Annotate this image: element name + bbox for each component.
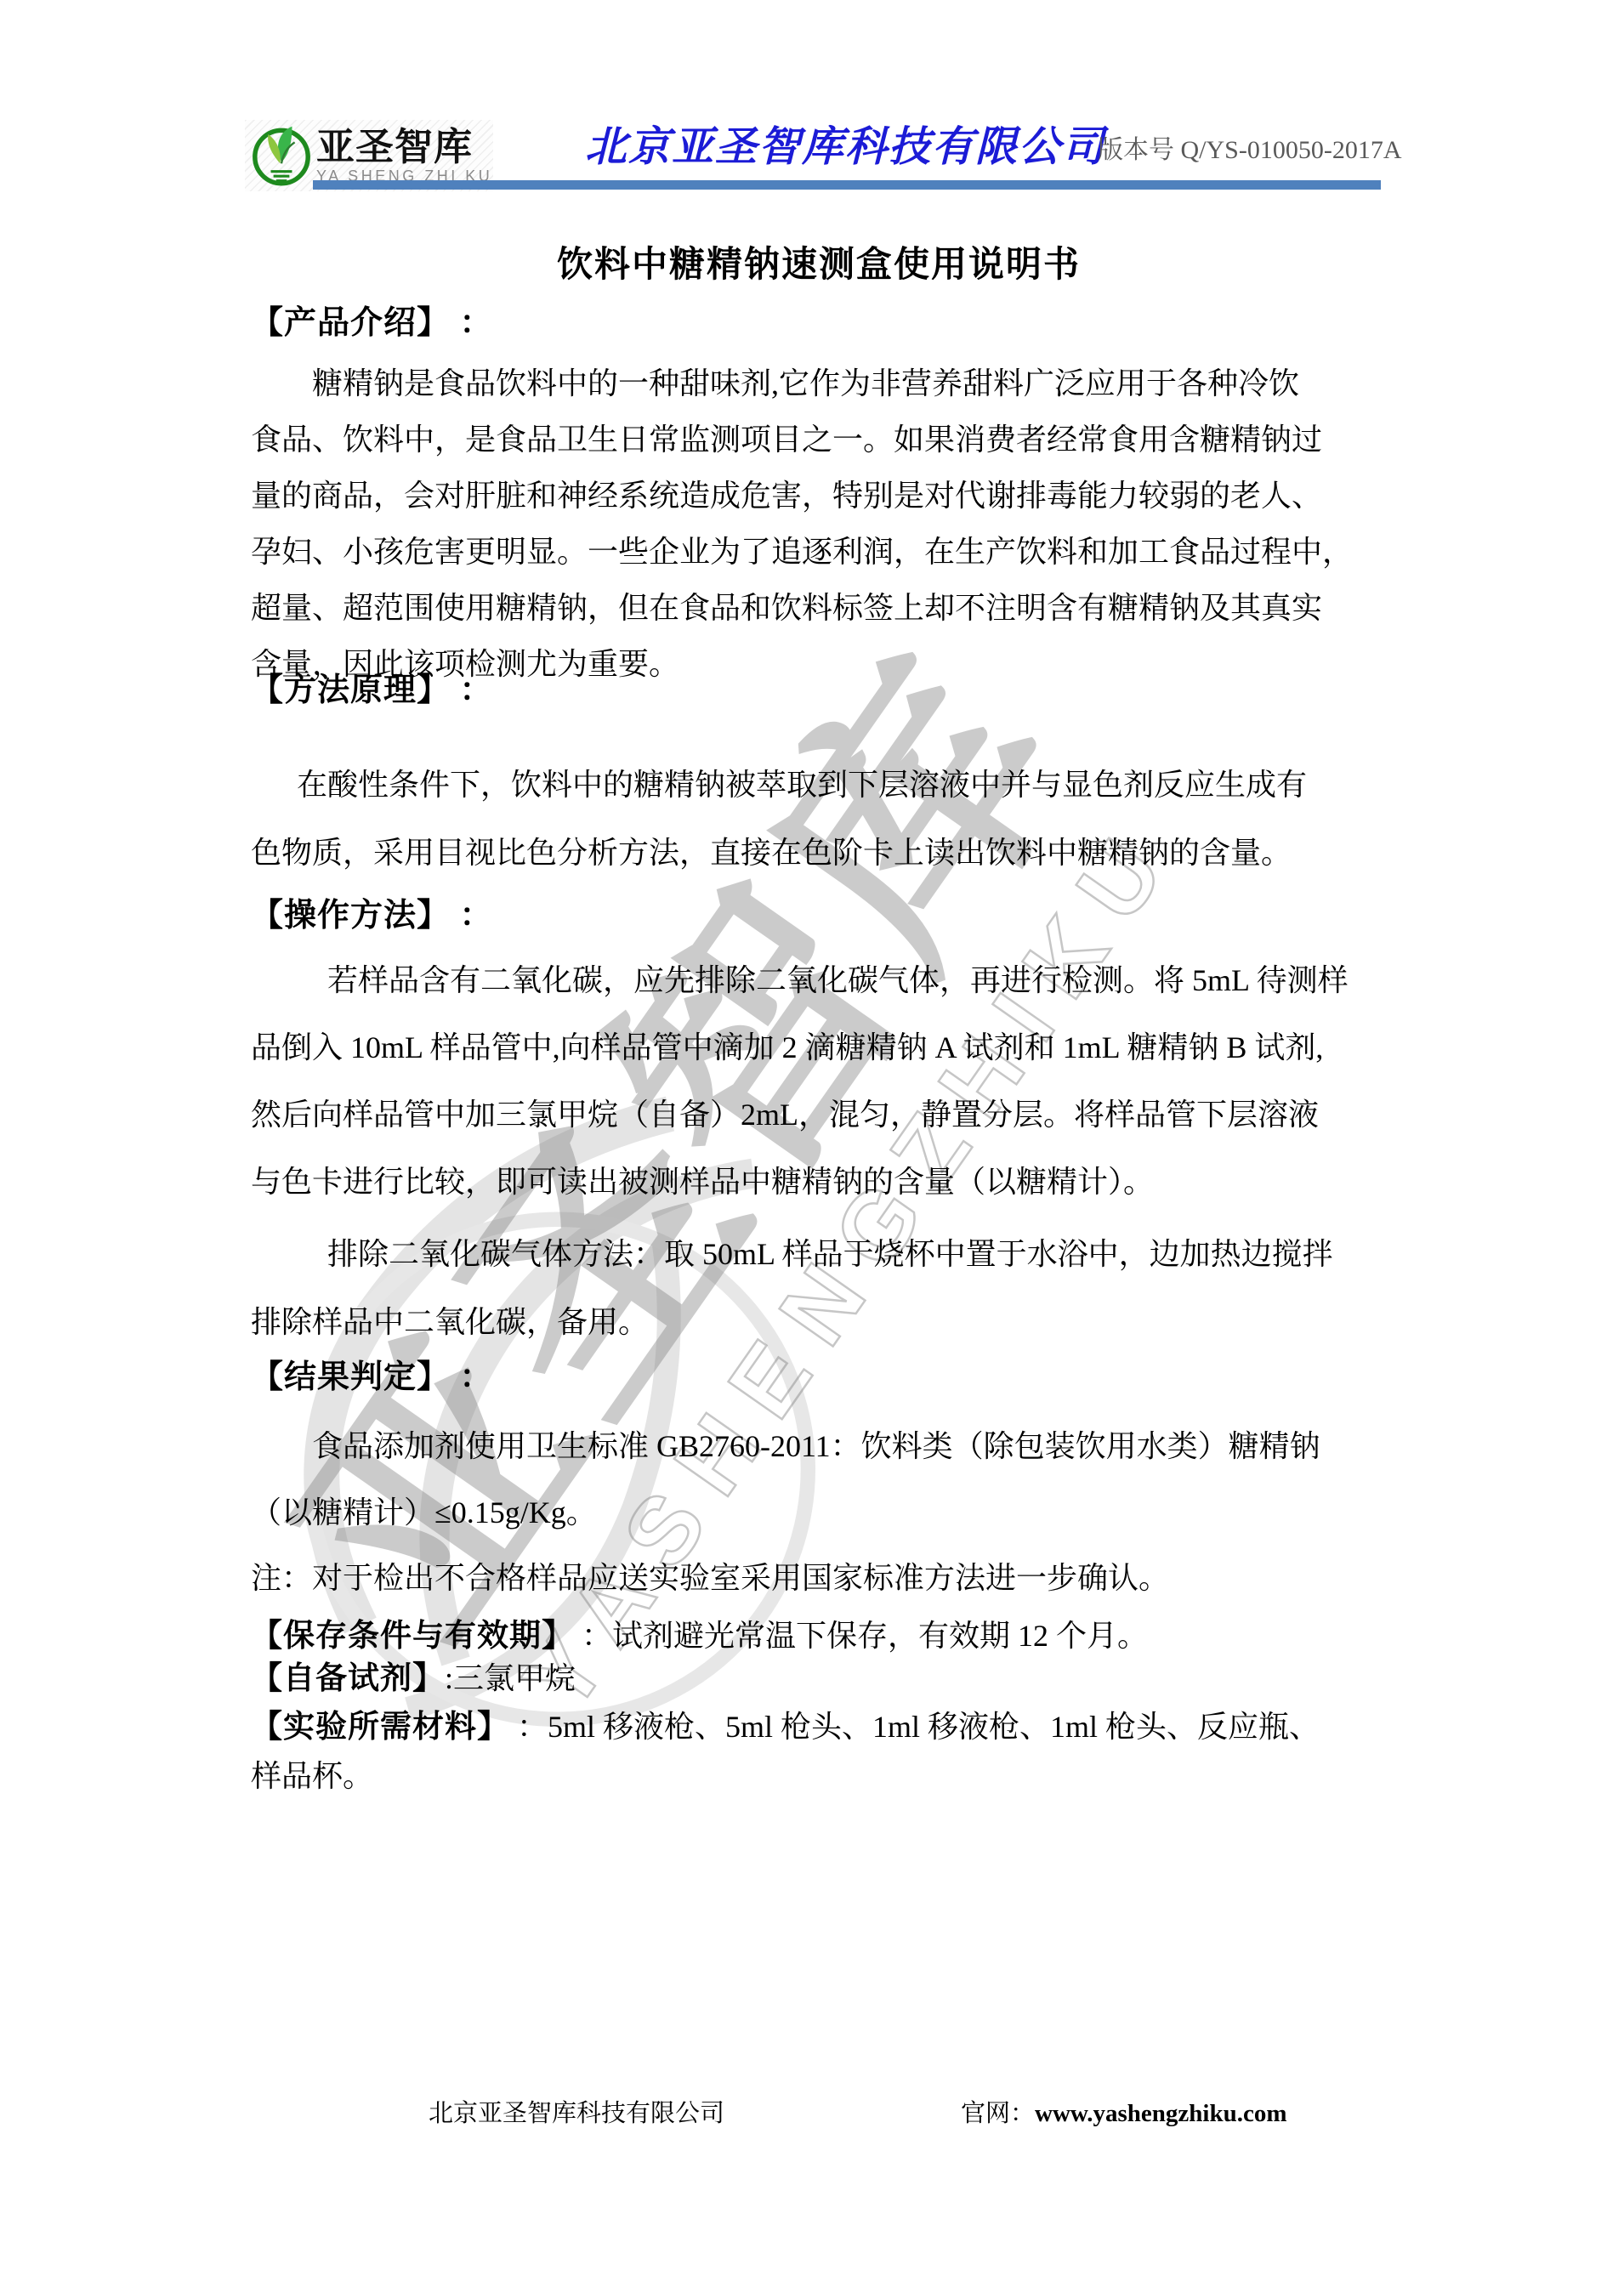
section-heading-principle: 【方法原理】 ： <box>251 673 1387 709</box>
self-reagent-line: 【自备试剂】:三氯甲烷 <box>251 1652 1387 1698</box>
footer-website: 官网：www.yashengzhiku.com <box>961 2094 1287 2129</box>
materials-line: 【实验所需材料】 ：5ml 移液枪、5ml 枪头、1ml 移液枪、1ml 枪头、… <box>251 1705 1387 1804</box>
section-heading-result: 【结果判定】 ： <box>251 1360 1387 1396</box>
document-title: 饮料中糖精钠速测盒使用说明书 <box>251 245 1387 284</box>
materials-heading: 【实验所需材料】 <box>251 1709 509 1744</box>
self-reagent-content: :三氯甲烷 <box>445 1661 576 1695</box>
operation-paragraph-2: 排除二氧化碳气体方法：取 50mL 样品于烧杯中置于水浴中，边加热边搅拌 排除样… <box>251 1220 1387 1356</box>
logo-text: 亚圣智库 YA SHENG ZHI KU <box>316 128 492 184</box>
self-reagent-heading: 【自备试剂】 <box>251 1660 445 1695</box>
footer-website-label: 官网： <box>961 2100 1035 2127</box>
note-line: 注：对于检出不合格样品应送实验室采用国家标准方法进一步确认。 <box>251 1554 1387 1597</box>
header-divider-bar <box>313 180 1381 190</box>
document-page: 亚圣智库 YASHENGZHIKU 亚圣智库 YA SHENG ZHI KU 北… <box>0 0 1624 2287</box>
logo-cn-label: 亚圣智库 <box>316 128 492 166</box>
storage-content: ：试剂避光常温下保存，有效期 12 个月。 <box>574 1619 1148 1653</box>
storage-line: 【保存条件与有效期】 ：试剂避光常温下保存，有效期 12 个月。 <box>251 1609 1387 1655</box>
section-heading-intro: 【产品介绍】 ： <box>251 306 1387 342</box>
storage-heading: 【保存条件与有效期】 <box>251 1618 574 1653</box>
result-paragraph: 食品添加剂使用卫生标准 GB2760-2011：饮料类（除包装饮用水类）糖精钠 … <box>251 1413 1387 1546</box>
operation-paragraph-1: 若样品含有二氧化碳，应先排除二氧化碳气体，再进行检测。将 5mL 待测样 品倒入… <box>251 947 1387 1216</box>
principle-paragraph: 在酸性条件下，饮料中的糖精钠被萃取到下层溶液中并与显色剂反应生成有 色物质，采用… <box>251 751 1387 887</box>
footer-website-url: www.yashengzhiku.com <box>1035 2100 1287 2127</box>
footer-company-name: 北京亚圣智库科技有限公司 <box>429 2094 724 2129</box>
version-label: 版本号 Q/YS-010050-2017A <box>1098 136 1402 164</box>
intro-paragraph: 糖精钠是食品饮料中的一种甜味剂,它作为非营养甜料广泛应用于各种冷饮 食品、饮料中… <box>251 355 1387 692</box>
section-heading-operation: 【操作方法】 ： <box>251 899 1387 934</box>
leaf-circle-icon <box>248 122 315 190</box>
company-name-calligraphy: 北京亚圣智库科技有限公司 <box>585 126 1105 167</box>
